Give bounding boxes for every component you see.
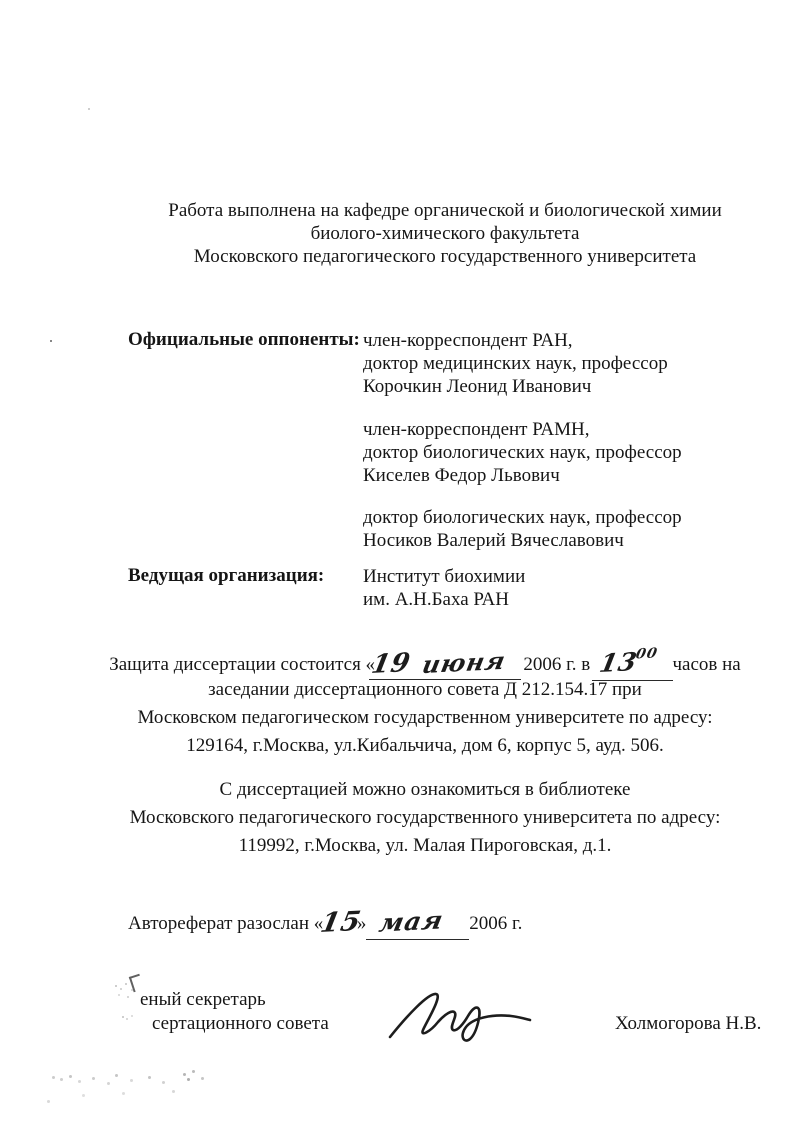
- defense-line-4: 129164, г.Москва, ул.Кибальчича, дом 6, …: [75, 732, 775, 760]
- library-line-1: С диссертацией можно ознакомиться в библ…: [75, 776, 775, 804]
- defense-time-superscript: 00: [633, 639, 660, 668]
- opponent-2-line-2: доктор биологических наук, профессор: [363, 441, 682, 464]
- opponents-label: Официальные оппоненты:: [128, 329, 360, 351]
- secretary-title-line-2: сертационного совета: [152, 1012, 329, 1035]
- sent-prefix: Автореферат разослан «: [128, 913, 323, 934]
- opponent-3-line-2: Носиков Валерий Вячеславович: [363, 529, 682, 552]
- scan-speck-left-margin: [50, 340, 52, 342]
- opponent-entry-1: член-корреспондент РАН, доктор медицинск…: [363, 329, 668, 398]
- opponent-2-line-3: Киселев Федор Львович: [363, 464, 682, 487]
- sent-month-handwritten: мая: [377, 905, 447, 938]
- library-line-2: Московского педагогического государствен…: [75, 804, 775, 832]
- secretary-title-line-1: еный секретарь: [140, 988, 266, 1011]
- secretary-name: Холмогорова Н.В.: [615, 1012, 761, 1035]
- defense-paragraph: Защита диссертации состоится «19июня2006…: [75, 648, 775, 760]
- library-line-3: 119992, г.Москва, ул. Малая Пироговская,…: [75, 832, 775, 860]
- scan-speck-top-left: [88, 108, 90, 110]
- scan-smudge-speckles: [115, 985, 117, 987]
- leading-org-label: Ведущая организация:: [128, 565, 324, 587]
- leading-org-value: Институт биохимии им. А.Н.Баха РАН: [363, 565, 525, 611]
- defense-month-handwritten: июня: [420, 647, 509, 679]
- defense-line1-prefix: Защита диссертации состоится «: [109, 654, 375, 675]
- performed-at-line-3: Московского педагогического государствен…: [95, 245, 795, 268]
- opponent-1-line-2: доктор медицинских наук, профессор: [363, 352, 668, 375]
- performed-at-line-1: Работа выполнена на кафедре органической…: [95, 199, 795, 222]
- abstract-sent-line: Автореферат разослан «15»мая2006 г.: [128, 906, 522, 936]
- performed-at-line-2: биолого-химического факультета: [95, 222, 795, 245]
- defense-line-3: Московском педагогическом государственно…: [75, 704, 775, 732]
- defense-line1-mid: 2006 г. в: [523, 654, 590, 675]
- opponent-2-line-1: член-корреспондент РАМН,: [363, 418, 682, 441]
- library-paragraph: С диссертацией можно ознакомиться в библ…: [75, 776, 775, 860]
- opponent-3-line-1: доктор биологических наук, профессор: [363, 506, 682, 529]
- opponent-entry-2: член-корреспондент РАМН, доктор биологич…: [363, 418, 682, 487]
- leading-org-line-1: Институт биохимии: [363, 565, 525, 588]
- sent-day-handwritten: 15: [318, 907, 364, 939]
- scan-speckles-before-line2: [122, 1016, 124, 1018]
- defense-line1-suffix: часов на: [673, 654, 741, 675]
- performed-at-paragraph: Работа выполнена на кафедре органической…: [95, 199, 795, 268]
- defense-day-handwritten: 19: [369, 649, 413, 679]
- leading-org-line-2: им. А.Н.Баха РАН: [363, 588, 525, 611]
- opponent-1-line-3: Корочкин Леонид Иванович: [363, 375, 668, 398]
- opponent-entry-3: доктор биологических наук, профессор Нос…: [363, 506, 682, 552]
- scan-smudge-mark: [129, 974, 144, 993]
- scan-noise-bottom-left: [52, 1076, 55, 1079]
- opponent-1-line-1: член-корреспондент РАН,: [363, 329, 668, 352]
- defense-line-1: Защита диссертации состоится «19июня2006…: [75, 648, 775, 676]
- signature-scrawl: [380, 983, 535, 1045]
- sent-suffix: 2006 г.: [469, 913, 522, 934]
- scanned-document-page: Работа выполнена на кафедре органической…: [0, 0, 798, 1132]
